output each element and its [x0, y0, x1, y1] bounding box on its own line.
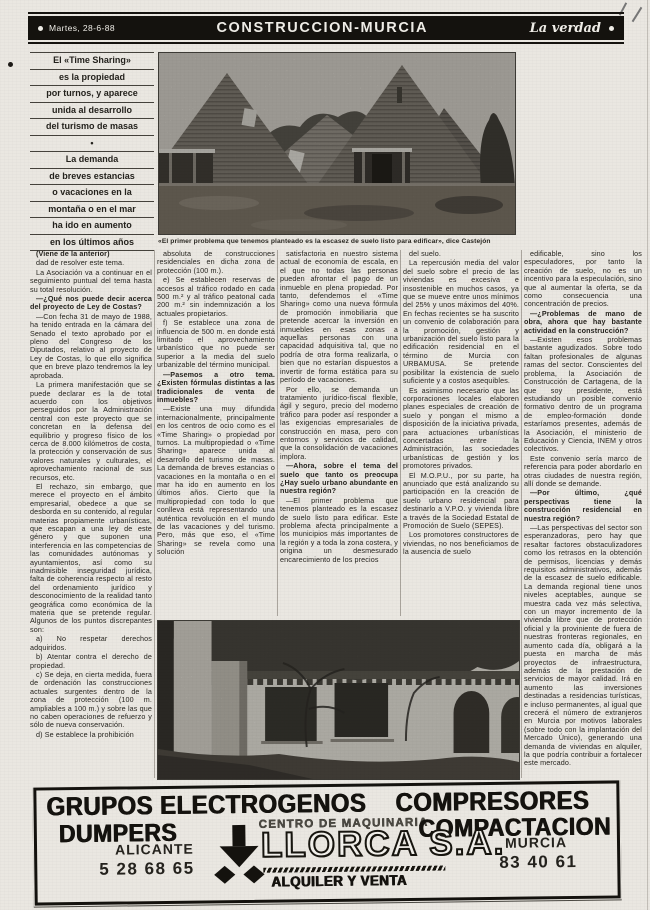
ad-alquiler-venta-label: ALQUILER Y VENTA [271, 873, 407, 891]
article-paragraph: Este convenio sería marco de referencia … [524, 455, 642, 489]
standfirst-line: por turnos, y aparece [30, 85, 154, 102]
article-paragraph: La repercusión media del valor del suelo… [403, 259, 519, 385]
ad-phone-murcia: 83 40 61 [499, 852, 577, 873]
section-title: CONSTRUCCION-MURCIA [216, 20, 428, 36]
photo-villa [157, 620, 520, 780]
article-paragraph: f) Se establece una zona de influencia d… [157, 319, 275, 369]
article-paragraph: e) Se establecen reservas de accesos al … [157, 276, 275, 318]
article-paragraph: edificable, sino los especuladores, por … [524, 250, 642, 309]
standfirst-deck: El «Time Sharing»es la propiedadpor turn… [30, 52, 154, 251]
photo-caption: «El primer problema que tenemos plantead… [158, 238, 518, 245]
article-paragraph: c) Se deja, en cierta medida, fuera de o… [30, 671, 152, 730]
ad-underline-bar [263, 866, 445, 873]
standfirst-line: del turismo de masas [30, 118, 154, 135]
article-paragraph: La primera manifestación que se puede de… [30, 381, 152, 482]
column-rule [154, 250, 155, 778]
masthead-group: La verdad [530, 21, 614, 36]
article-paragraph: El rechazo, sin embargo, que merece el p… [30, 483, 152, 634]
article-paragraph: —Pasemos a otro tema. ¿Existen fórmulas … [157, 371, 275, 405]
article-paragraph: —¿Problemas de mano de obra, ahora que h… [524, 310, 642, 335]
standfirst-line: en los últimos años [30, 234, 154, 252]
column-rule [400, 250, 401, 616]
article-paragraph: —Las perspectivas del sector son esperan… [524, 524, 642, 768]
standfirst-line: La demanda [30, 151, 154, 168]
ad-city-murcia: MURCIA [505, 834, 567, 851]
newspaper-page: Martes, 28-6-88 CONSTRUCCION-MURCIA La v… [0, 0, 650, 910]
article-paragraph: (Viene de la anterior) [30, 250, 152, 258]
standfirst-line: de breves estancias [30, 168, 154, 185]
standfirst-line: El «Time Sharing» [30, 52, 154, 69]
standfirst-line: o vacaciones en la [30, 184, 154, 201]
article-column-5: edificable, sino los especuladores, por … [524, 250, 642, 778]
article-paragraph: —Existen esos problemas bastante agudiza… [524, 336, 642, 454]
article-paragraph: El M.O.P.U., por su parte, ha anunciado … [403, 472, 519, 531]
section-header-bar: Martes, 28-6-88 CONSTRUCCION-MURCIA La v… [28, 16, 624, 40]
llorca-arrow-icon [213, 822, 266, 889]
article-paragraph: —¿Qué nos puede decir acerca del proyect… [30, 295, 152, 312]
column-rule [277, 250, 278, 616]
article-paragraph: La Asociación va a continuar en el segui… [30, 269, 152, 294]
article-paragraph: —Existe una muy difundida internacionalm… [157, 405, 275, 556]
article-paragraph: Es asimismo necesario que las corporacio… [403, 387, 519, 471]
photo-pyramid-houses [158, 52, 516, 235]
pen-mark [632, 7, 643, 22]
standfirst-line: unida al desarrollo [30, 102, 154, 119]
article-paragraph: —Por último, ¿qué perspectivas tiene la … [524, 489, 642, 523]
bullet-icon [609, 26, 614, 31]
article-paragraph: absoluta de construcciones residenciales… [157, 250, 275, 275]
standfirst-line: montaña o en el mar [30, 201, 154, 218]
header-date-group: Martes, 28-6-88 [38, 23, 115, 33]
advertisement-llorca: GRUPOS ELECTROGENOS COMPRESORES DUMPERS … [33, 780, 620, 905]
article-paragraph: —Con fecha 31 de mayo de 1988, ha tenido… [30, 313, 152, 380]
ad-company-name: LLORCA S.A. [261, 823, 506, 866]
article-column-1: (Viene de la anterior)dad de resolver es… [30, 250, 152, 778]
bullet-icon [38, 26, 43, 31]
section-header: Martes, 28-6-88 CONSTRUCCION-MURCIA La v… [28, 12, 624, 44]
page-edge-rule [647, 0, 648, 910]
article-paragraph: —Ahora, sobre el tema del suelo que tant… [280, 462, 398, 496]
page-date: Martes, 28-6-88 [49, 23, 115, 33]
newspaper-masthead: La verdad [530, 21, 601, 36]
standfirst-line: es la propiedad [30, 69, 154, 86]
article-paragraph: del suelo. [403, 250, 519, 258]
article-column-3: satisfactoria en nuestro sistema actual … [280, 250, 398, 616]
standfirst-line: ha ido en aumento [30, 217, 154, 234]
column-rule [521, 250, 522, 778]
article-paragraph: Por ello, se demanda un tratamiento jurí… [280, 386, 398, 462]
article-paragraph: —El primer problema que tenemos plantead… [280, 497, 398, 564]
ad-phone-alicante: 5 28 68 65 [99, 859, 195, 880]
article-paragraph: b) Atentar contra el derecho de propieda… [30, 653, 152, 670]
article-column-2: absoluta de construcciones residenciales… [157, 250, 275, 616]
article-paragraph: d) Se establece la prohibición [30, 731, 152, 739]
article-paragraph: dad de resolver este tema. [30, 259, 152, 267]
ink-dot [8, 62, 13, 67]
standfirst-line: • [30, 135, 154, 152]
article-paragraph: Los promotores constructores de vivienda… [403, 531, 519, 556]
article-paragraph: satisfactoria en nuestro sistema actual … [280, 250, 398, 385]
ad-city-alicante: ALICANTE [115, 841, 194, 858]
article-column-4: del suelo.La repercusión media del valor… [403, 250, 519, 616]
article-paragraph: a) No respetar derechos adquiridos. [30, 635, 152, 652]
